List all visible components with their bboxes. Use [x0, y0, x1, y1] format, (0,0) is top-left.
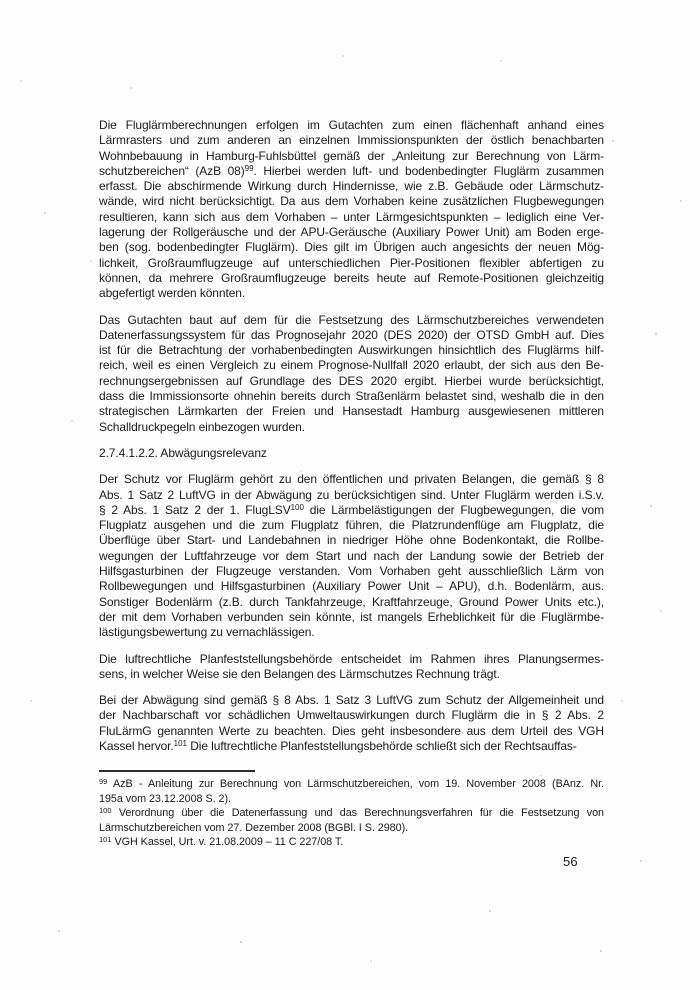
para-gutachten-des-2020: Das Gutachten baut auf dem für die Fests… [99, 313, 604, 435]
para-gutachten-des-2020-line-2: Datenerfassungssystem für das Prognoseja… [99, 328, 604, 343]
para-fluglaermberechnungen-line-3: Wohnbebauung in Hamburg-Fuhlsbüttel gemä… [99, 149, 604, 164]
footnote-101: 101 VGH Kassel, Urt. v. 21.08.2009 – 11 … [99, 835, 604, 850]
para-abwaegung-flulaermg-line-1: Bei der Abwägung sind gemäß § 8 Abs. 1 S… [99, 693, 604, 708]
footnote-99-line-2: 195a vom 23.12.2008 S. 2). [99, 792, 604, 807]
para-gutachten-des-2020-line-4: reich, weil es einen Vergleich zu einem … [99, 358, 604, 373]
footnote-99: 99 AzB - Anleitung zur Berechnung von Lä… [99, 777, 604, 806]
para-gutachten-des-2020-line-7: strategischen Lärmkarten der Freien und … [99, 404, 604, 419]
para-abwaegung-flulaermg: Bei der Abwägung sind gemäß § 8 Abs. 1 S… [99, 693, 604, 754]
para-fluglaermberechnungen-line-11: können, da mehrere Großraumflugzeuge ber… [99, 271, 604, 286]
footnote-separator [99, 770, 255, 772]
para-schutz-vor-fluglaerm-line-5: Überflüge über Start- und Landebahnen in… [99, 533, 604, 548]
page-number: 56 [563, 854, 578, 869]
para-schutz-vor-fluglaerm: Der Schutz vor Fluglärm gehört zu den öf… [99, 472, 604, 640]
para-schutz-vor-fluglaerm-line-7: Hilfsgasturbinen der Flugzeuge verstande… [99, 564, 604, 579]
footnote-list: 99 AzB - Anleitung zur Berechnung von Lä… [99, 777, 604, 850]
body-text: Die Fluglärmberechnungen erfolgen im Gut… [99, 118, 604, 765]
footnote-99-line-1: 99 AzB - Anleitung zur Berechnung von Lä… [99, 777, 604, 792]
para-fluglaermberechnungen-line-6: wände, wird nicht berücksichtigt. Da aus… [99, 194, 604, 209]
para-gutachten-des-2020-line-5: rechnungsergebnissen auf Grundlage des D… [99, 374, 604, 389]
footnote-100-line-2: Lärmschutzbereichen vom 27. Dezember 200… [99, 821, 604, 836]
para-fluglaermberechnungen-line-1: Die Fluglärmberechnungen erfolgen im Gut… [99, 118, 604, 133]
para-fluglaermberechnungen-line-4: schutzbereichen“ (AzB 08)99. Hierbei wer… [99, 164, 604, 179]
para-schutz-vor-fluglaerm-line-11: lästigungsbewertung zu vernachlässigen. [99, 625, 604, 640]
para-abwaegung-flulaermg-line-4: Kassel hervor.101 Die luftrechtliche Pla… [99, 739, 604, 754]
para-fluglaermberechnungen-line-12: abgefertigt werden könnten. [99, 286, 604, 301]
para-schutz-vor-fluglaerm-line-9: Sonstiger Bodenlärm (z.B. durch Tankfahr… [99, 595, 604, 610]
para-planfeststellungsbehoerde-line-2: sens, in welcher Weise sie den Belangen … [99, 667, 604, 682]
para-fluglaermberechnungen-line-9: ben (sog. bodenbedingter Fluglärm). Dies… [99, 240, 604, 255]
para-schutz-vor-fluglaerm-line-8: Rollbewegungen und Hilfsgasturbinen (Aux… [99, 579, 604, 594]
para-planfeststellungsbehoerde-line-1: Die luftrechtliche Planfeststellungsbehö… [99, 652, 604, 667]
para-gutachten-des-2020-line-8: Schalldruckpegeln einbezogen wurden. [99, 420, 604, 435]
para-schutz-vor-fluglaerm-line-2: Abs. 1 Satz 2 LuftVG in der Abwägung zu … [99, 488, 604, 503]
para-fluglaermberechnungen: Die Fluglärmberechnungen erfolgen im Gut… [99, 118, 604, 302]
para-schutz-vor-fluglaerm-line-4: Flugplatz ausgehen und die zum Flugplatz… [99, 518, 604, 533]
para-fluglaermberechnungen-line-7: resultieren, kann sich aus dem Vorhaben … [99, 210, 604, 225]
para-planfeststellungsbehoerde: Die luftrechtliche Planfeststellungsbehö… [99, 652, 604, 683]
footnote-100: 100 Verordnung über die Datenerfassung u… [99, 806, 604, 835]
para-gutachten-des-2020-line-3: ist für die Betrachtung der vorhabenbedi… [99, 343, 604, 358]
footnote-100-line-1: 100 Verordnung über die Datenerfassung u… [99, 806, 604, 821]
para-gutachten-des-2020-line-6: dass die Immissionsorte ohnehin bereits … [99, 389, 604, 404]
scan-noise [0, 0, 2, 2]
footnote-area: 99 AzB - Anleitung zur Berechnung von Lä… [99, 770, 604, 850]
para-schutz-vor-fluglaerm-line-6: wegungen der Luftfahrzeuge vor dem Start… [99, 549, 604, 564]
heading-abwaegungsrelevanz-line-1: 2.7.4.1.2.2. Abwägungsrelevanz [99, 446, 604, 461]
para-abwaegung-flulaermg-line-3: FluLärmG genannten Werte zu beachten. Di… [99, 724, 604, 739]
para-fluglaermberechnungen-line-8: lagerung der Rollgeräusche und der APU-G… [99, 225, 604, 240]
para-schutz-vor-fluglaerm-line-10: der mit dem Vorhaben verbunden sein könn… [99, 610, 604, 625]
para-fluglaermberechnungen-line-2: Lärmrasters und zum anderen an einzelnen… [99, 133, 604, 148]
footnote-101-line-1: 101 VGH Kassel, Urt. v. 21.08.2009 – 11 … [99, 835, 604, 850]
para-gutachten-des-2020-line-1: Das Gutachten baut auf dem für die Fests… [99, 313, 604, 328]
para-schutz-vor-fluglaerm-line-3: § 2 Abs. 1 Satz 2 der 1. FlugLSV100 die … [99, 503, 604, 518]
para-fluglaermberechnungen-line-10: lichkeit, Großraumflugzeuge auf untersch… [99, 256, 604, 271]
para-fluglaermberechnungen-line-5: erfasst. Die abschirmende Wirkung durch … [99, 179, 604, 194]
para-schutz-vor-fluglaerm-line-1: Der Schutz vor Fluglärm gehört zu den öf… [99, 472, 604, 487]
heading-abwaegungsrelevanz: 2.7.4.1.2.2. Abwägungsrelevanz [99, 446, 604, 461]
para-abwaegung-flulaermg-line-2: der Nachbarschaft vor schädlichen Umwelt… [99, 708, 604, 723]
